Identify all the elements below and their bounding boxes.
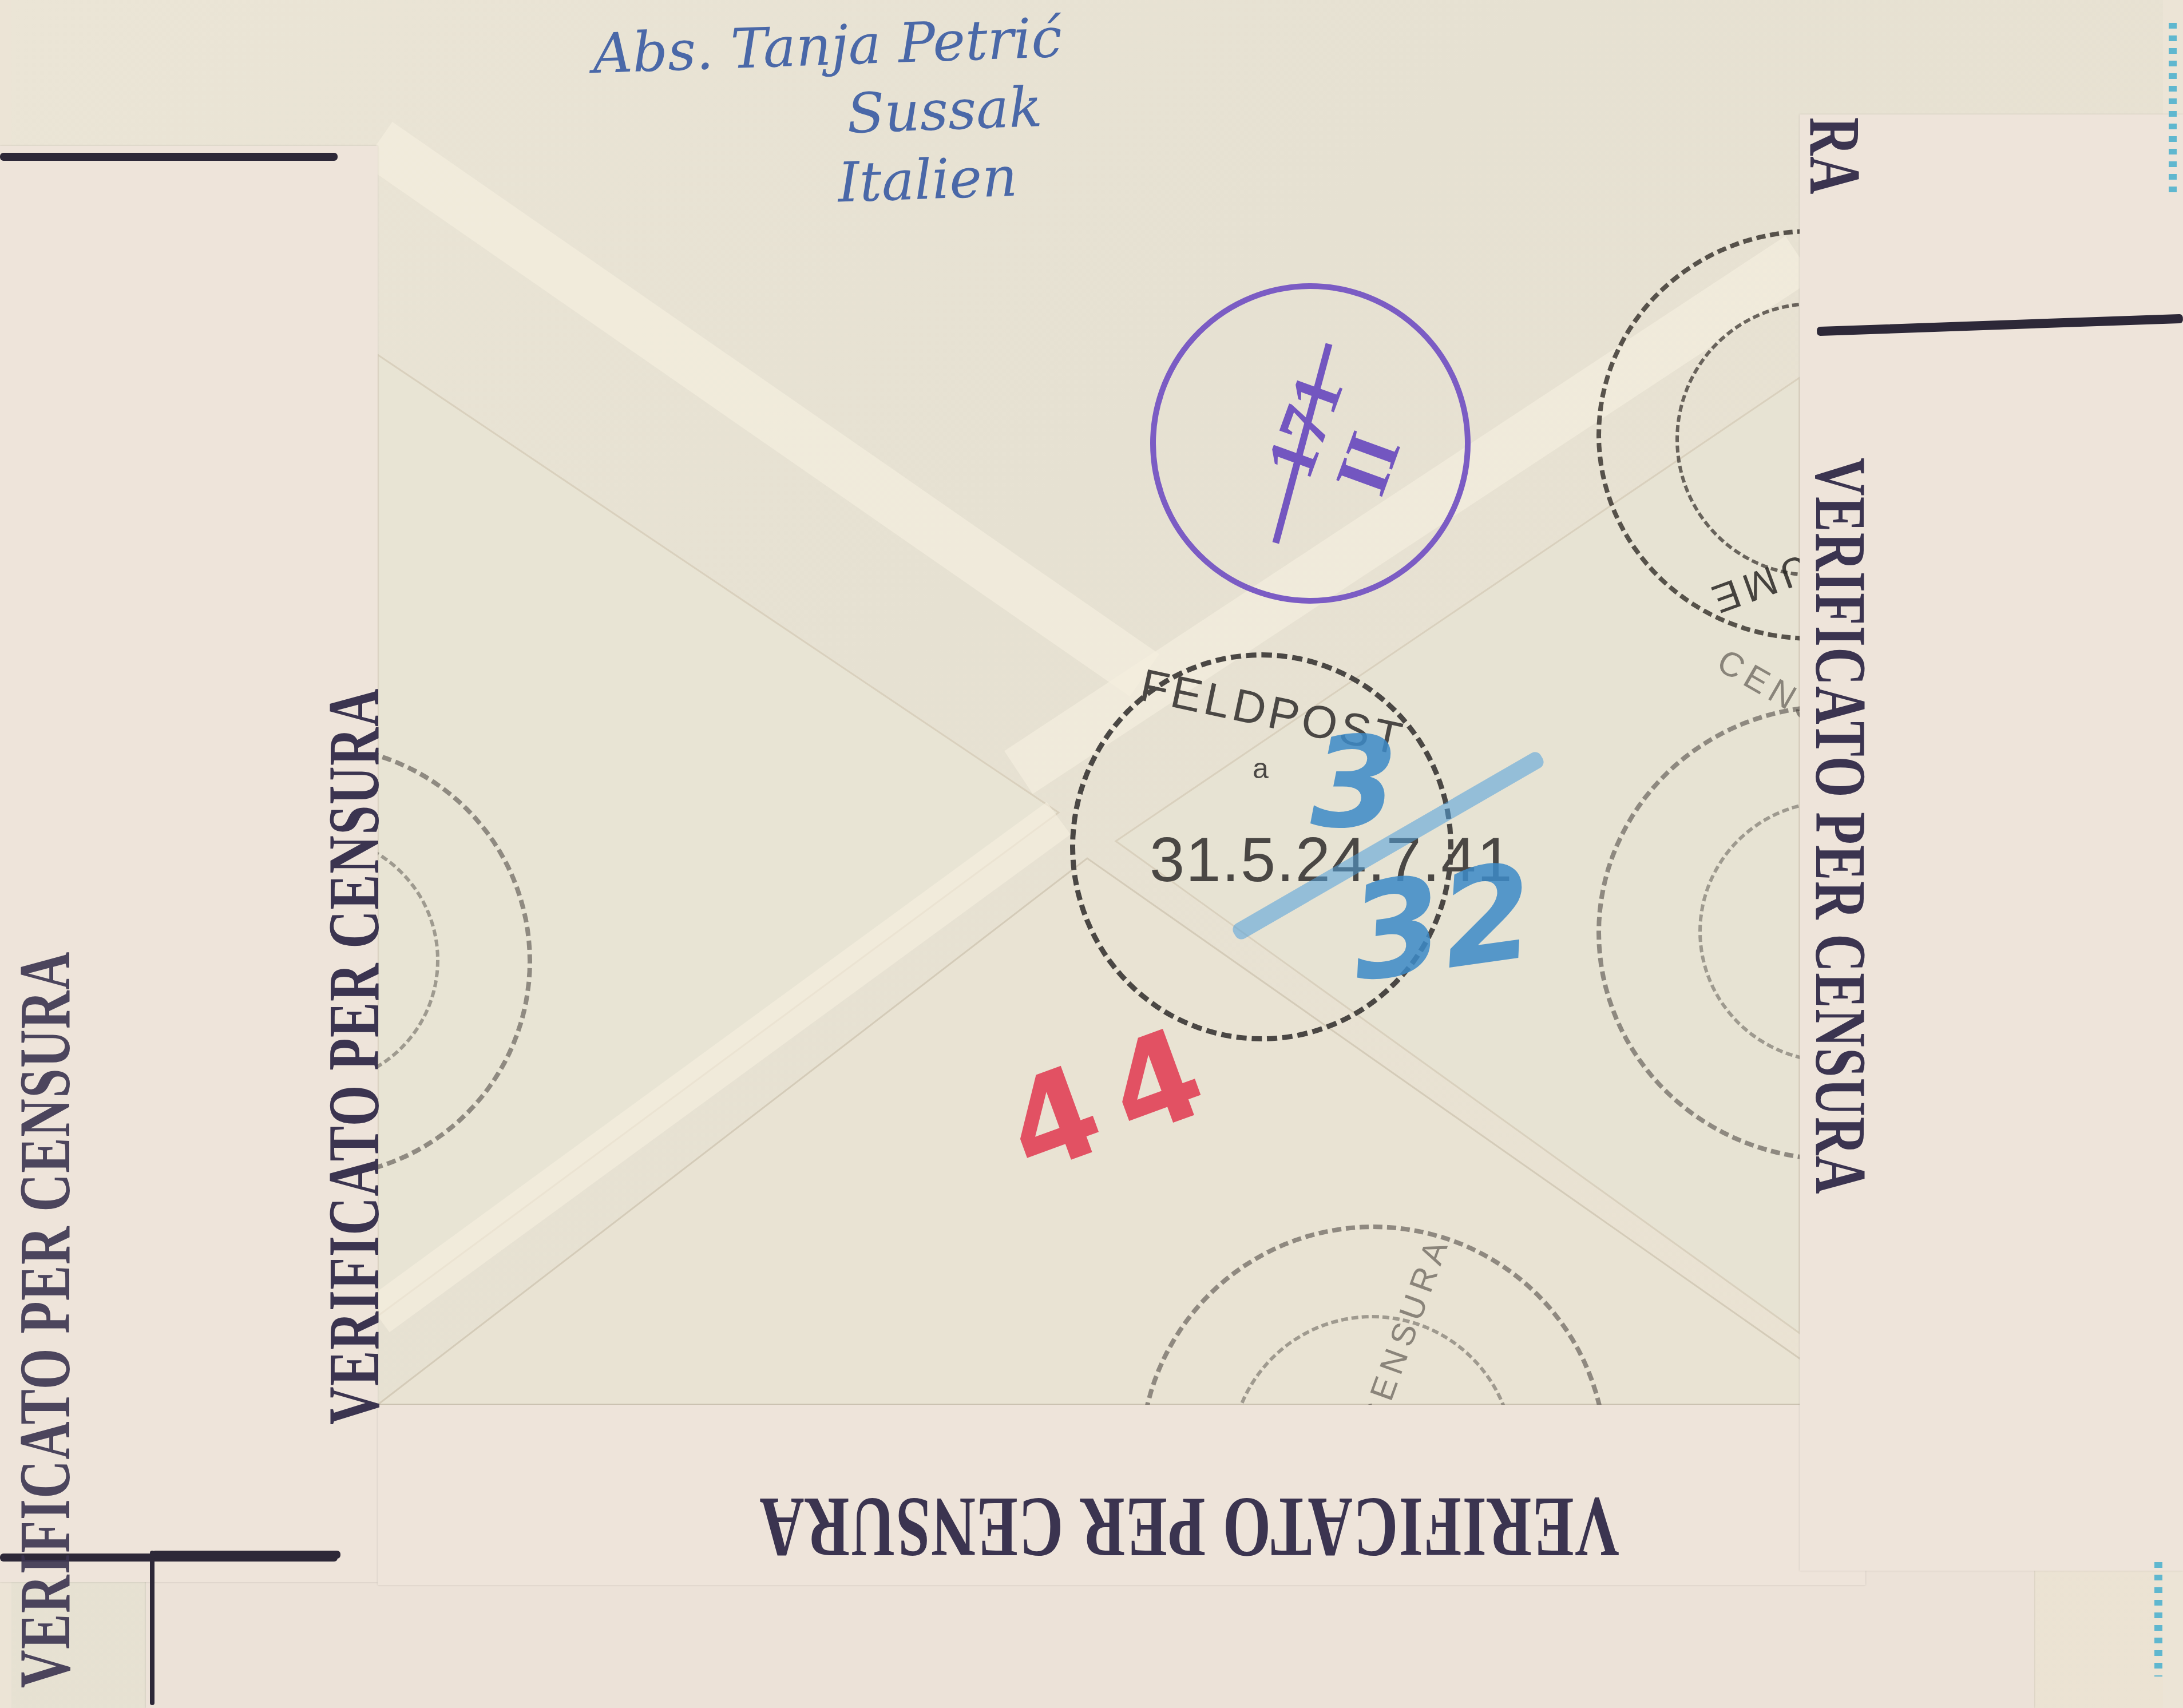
tape-rule <box>150 1551 154 1705</box>
censor-label-bottom: VERIFICATO PER CENSURA <box>759 1478 1619 1576</box>
censor-label-left-edge: VERIFICATO PER CENSURA <box>3 951 87 1688</box>
censor-label-left: VERIFICATO PER CENSURA <box>312 688 396 1425</box>
censor-number-bottom: II <box>1318 422 1419 505</box>
sender-address: Abs. Tanja Petrić Sussak Italien <box>592 3 1068 225</box>
censor-number-stamp: 171 II <box>1150 283 1471 604</box>
censor-label-right-fragment: RA <box>1793 117 1877 195</box>
envelope-stitch-edge <box>2154 1562 2162 1677</box>
tape-rule <box>1817 314 2183 336</box>
feldpost-sub: a <box>1253 752 1269 785</box>
envelope-back: Abs. Tanja Petrić Sussak Italien CENSURA… <box>0 0 2183 1708</box>
sender-country: Italien <box>837 141 1068 217</box>
blue-pencil-number-bottom: 32 <box>1341 835 1543 1012</box>
tape-rule <box>0 153 338 161</box>
censor-label-right: VERIFICATO PER CENSURA <box>1798 458 1883 1195</box>
blue-pencil-number-top: 3 <box>1310 710 1398 856</box>
tape-rule <box>152 1551 340 1559</box>
envelope-stitch-edge <box>2169 23 2177 195</box>
sender-city: Sussak <box>846 72 1065 148</box>
